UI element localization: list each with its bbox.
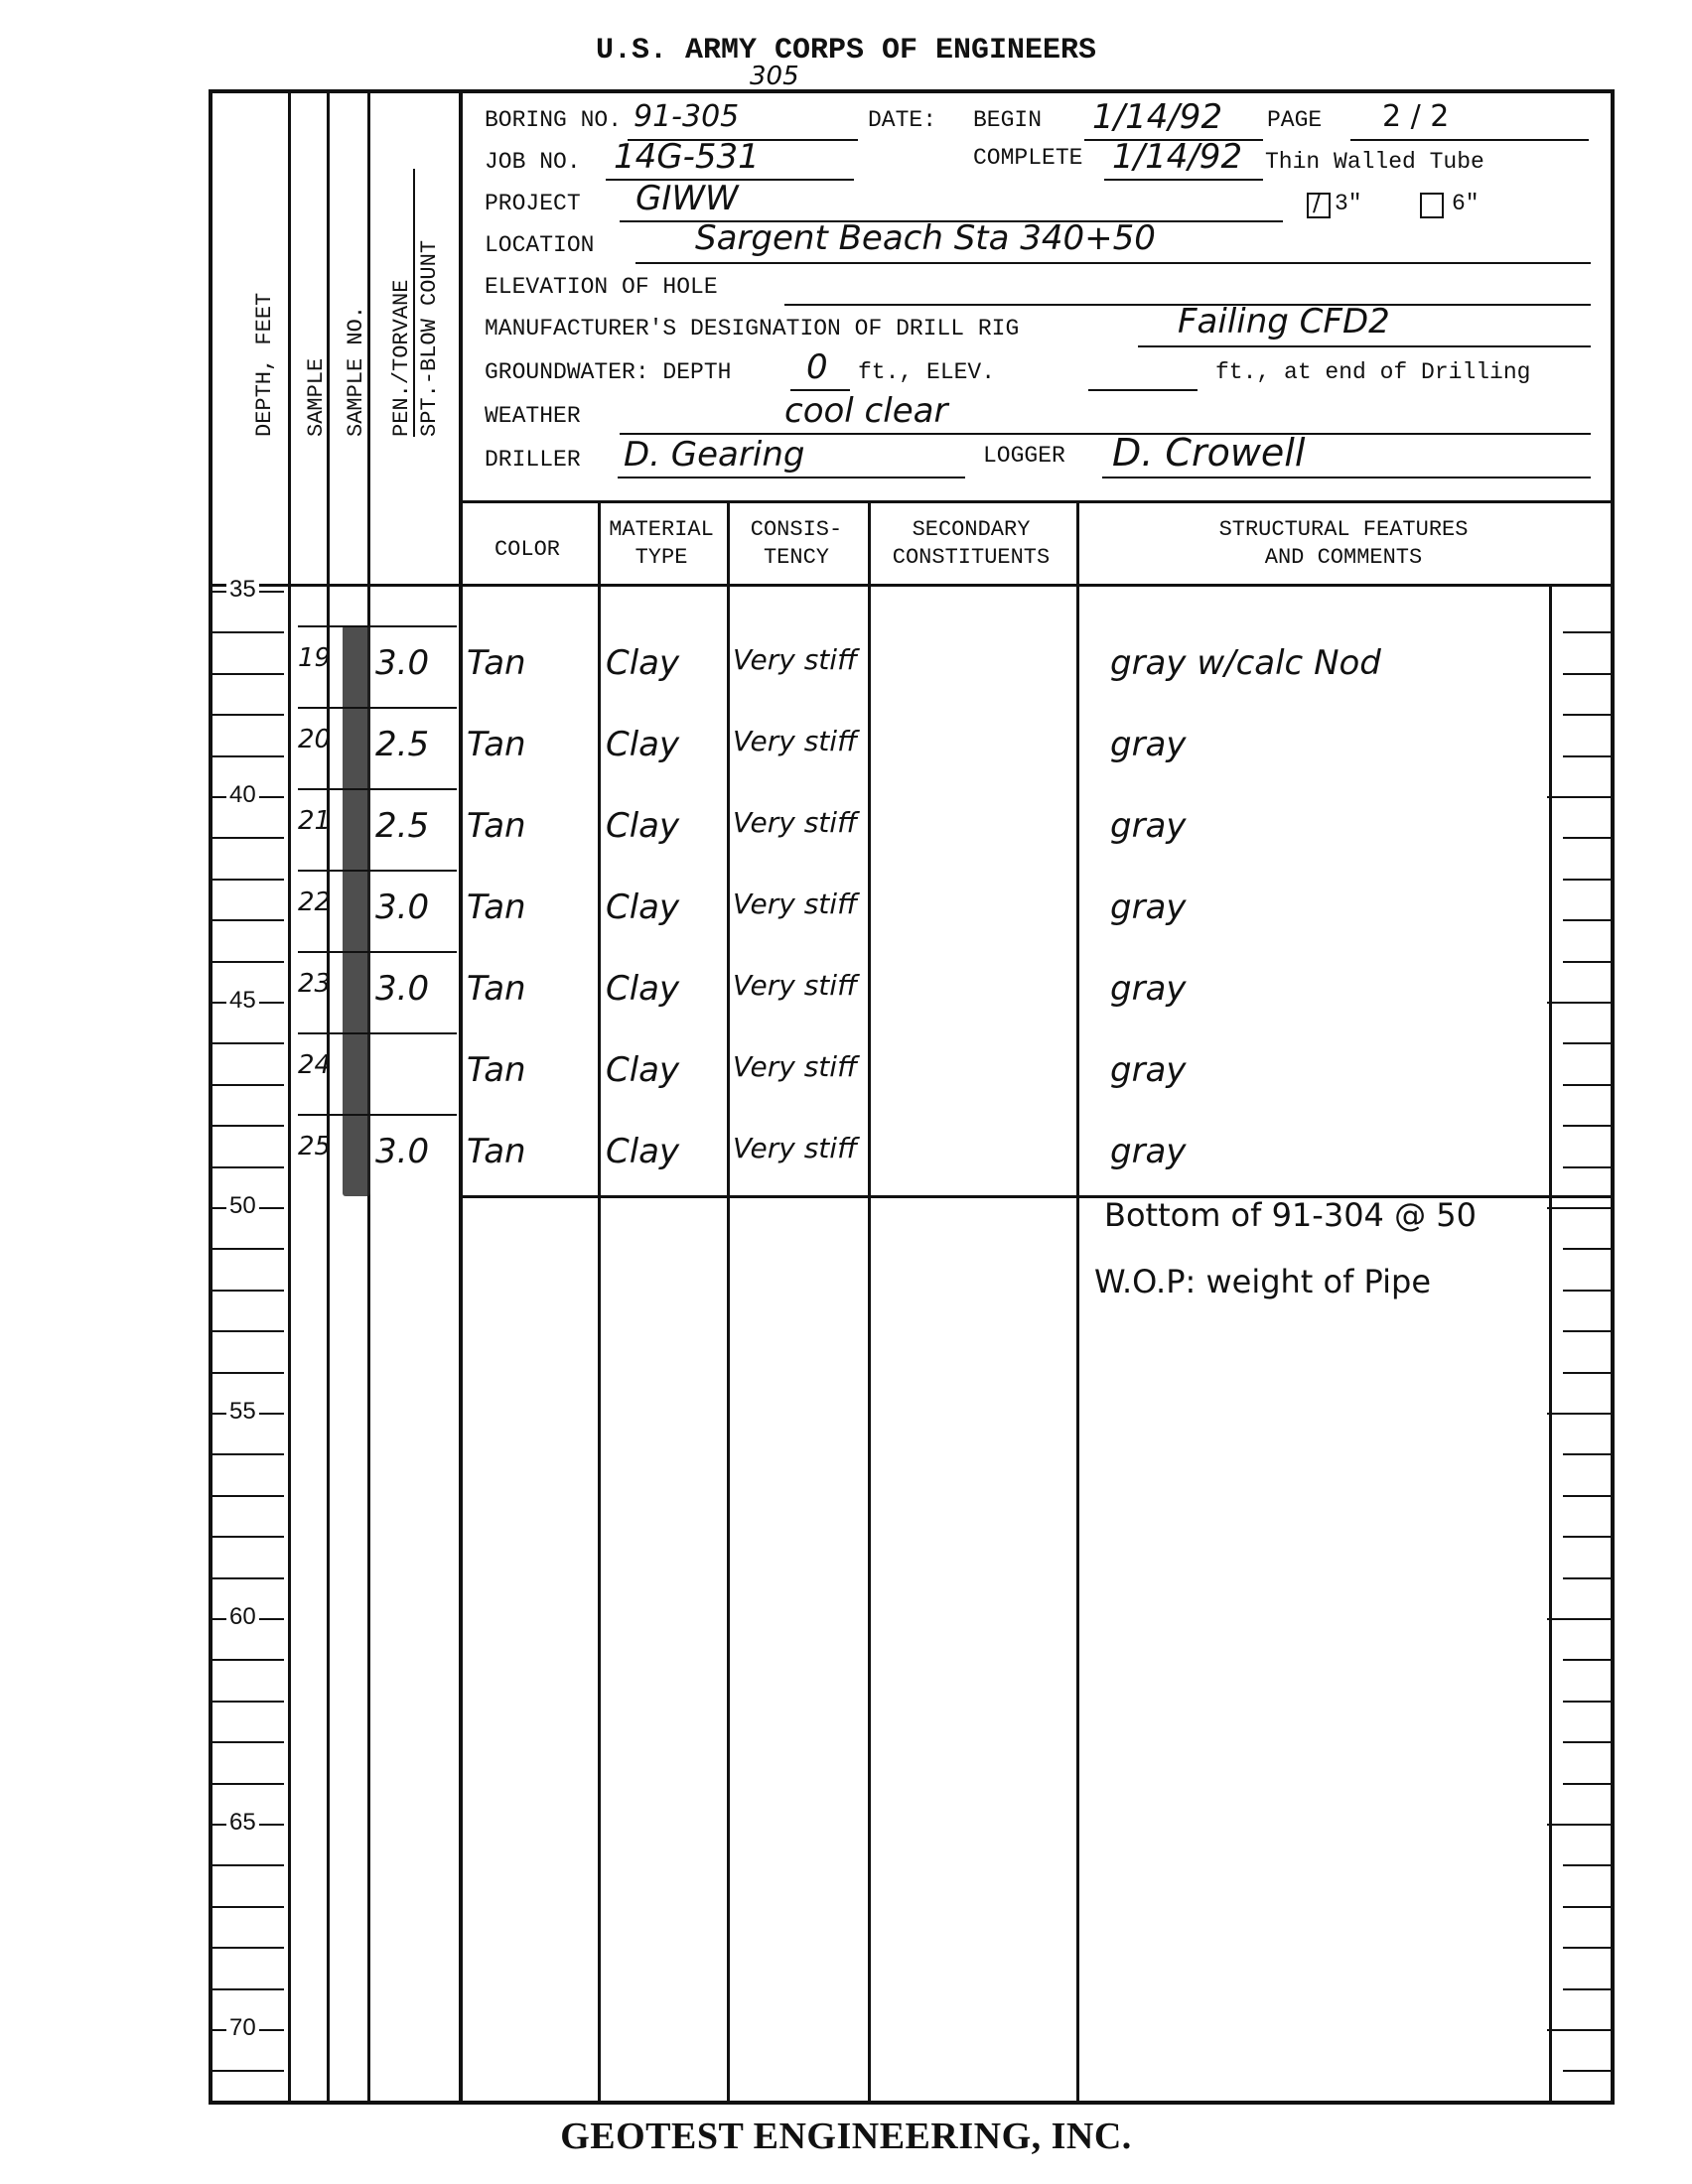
consistency-value: Very stiff	[733, 725, 857, 757]
page-value: 2 / 2	[1382, 99, 1449, 134]
depth-label: 40	[226, 781, 259, 809]
complete-underline	[1104, 179, 1263, 181]
right-ruler-tick	[1563, 1372, 1611, 1374]
sample-interval-line	[298, 1114, 457, 1116]
sample-number: 24	[298, 1050, 331, 1080]
depth-tick	[212, 1453, 284, 1455]
col-divider	[288, 93, 291, 2101]
depth-tick	[212, 837, 284, 839]
right-ruler-tick	[1563, 1166, 1611, 1168]
column-header-sample-no: SAMPLE NO.	[344, 306, 368, 437]
depth-label: 65	[226, 1809, 259, 1837]
material-type-value: Clay	[606, 969, 679, 1009]
material-type-line-1: MATERIAL	[597, 516, 726, 544]
material-type-value: Clay	[606, 725, 679, 764]
consistency-value: Very stiff	[733, 1132, 857, 1164]
depth-tick	[212, 1947, 284, 1949]
driller-underline	[618, 477, 965, 478]
pen-torvane-value: 3.0	[375, 643, 429, 683]
page-label: PAGE	[1267, 107, 1322, 133]
sample-interval-line	[298, 625, 457, 627]
depth-tick	[212, 1042, 284, 1044]
depth-tick	[212, 755, 284, 757]
structural-comment: gray	[1110, 725, 1187, 764]
col-divider	[868, 500, 871, 2101]
depth-tick	[212, 1783, 284, 1785]
right-ruler-tick	[1563, 1248, 1611, 1250]
column-header-consistency: CONSIS- TENCY	[726, 516, 867, 572]
right-ruler-tick	[1547, 1413, 1611, 1415]
weather-value[interactable]: cool clear	[784, 391, 947, 431]
color-value: Tan	[467, 725, 526, 764]
driller-value[interactable]: D. Gearing	[624, 435, 804, 475]
pen-torvane-value: 3.0	[375, 887, 429, 927]
pen-torvane-value: 2.5	[375, 725, 429, 764]
job-no-value[interactable]: 14G-531	[614, 137, 760, 177]
secondary-line-2: CONSTITUENTS	[867, 544, 1075, 572]
col-divider	[459, 93, 463, 2101]
column-header-depth: DEPTH, FEET	[252, 293, 277, 437]
right-ruler-tick	[1547, 1002, 1611, 1004]
groundwater-elev-underline	[1088, 389, 1198, 391]
right-ruler-tick	[1563, 2070, 1611, 2072]
driller-label: DRILLER	[485, 447, 581, 473]
structural-comment: gray	[1110, 969, 1187, 1009]
company-footer: GEOTEST ENGINEERING, INC.	[0, 2115, 1692, 2158]
pen-torvane-value: 3.0	[375, 1132, 429, 1171]
right-ruler-tick	[1563, 1741, 1611, 1743]
groundwater-label: GROUNDWATER: DEPTH	[485, 359, 731, 385]
structural-comment: gray w/calc Nod	[1110, 643, 1381, 683]
depth-label: 60	[226, 1603, 259, 1631]
column-header-spt-blow-count: SPT.-BLOW COUNT	[417, 240, 442, 437]
col-divider	[727, 500, 730, 2101]
consistency-value: Very stiff	[733, 887, 857, 920]
right-ruler-tick	[1563, 1125, 1611, 1127]
consistency-line-2: TENCY	[726, 544, 867, 572]
note-wop: W.O.P: weight of Pipe	[1094, 1263, 1431, 1300]
depth-tick	[212, 919, 284, 921]
right-ruler-tick	[1563, 1495, 1611, 1497]
sample-number: 23	[298, 969, 331, 999]
material-type-value: Clay	[606, 1050, 679, 1090]
pen-torvane-value: 2.5	[375, 806, 429, 846]
column-header-secondary: SECONDARY CONSTITUENTS	[867, 516, 1075, 572]
tube-6in-label: 6"	[1452, 191, 1480, 216]
drill-rig-label: MANUFACTURER'S DESIGNATION OF DRILL RIG	[485, 316, 1019, 341]
consistency-value: Very stiff	[733, 806, 857, 839]
material-type-value: Clay	[606, 887, 679, 927]
right-ruler-tick	[1547, 796, 1611, 798]
depth-tick	[212, 1330, 284, 1332]
depth-label: 45	[226, 987, 259, 1015]
project-value[interactable]: GIWW	[635, 179, 739, 218]
depth-tick	[212, 1495, 284, 1497]
drill-rig-value[interactable]: Failing CFD2	[1178, 302, 1390, 341]
depth-tick	[212, 1864, 284, 1866]
structural-comment: gray	[1110, 887, 1187, 927]
right-ruler-tick	[1547, 1618, 1611, 1620]
depth-tick	[212, 1084, 284, 1086]
structural-comment: gray	[1110, 1132, 1187, 1171]
right-ruler-tick	[1563, 714, 1611, 716]
right-ruler-tick	[1563, 1084, 1611, 1086]
tube-3in-checkbox[interactable]: /	[1307, 193, 1331, 218]
sample-interval-line	[298, 951, 457, 953]
structural-comment: gray	[1110, 1050, 1187, 1090]
depth-tick	[212, 1988, 284, 1990]
sample-interval-line	[298, 870, 457, 872]
depth-tick	[212, 714, 284, 716]
structural-comment: gray	[1110, 806, 1187, 846]
logger-label: LOGGER	[983, 443, 1065, 469]
right-ruler-tick	[1547, 1207, 1611, 1209]
right-ruler-tick	[1563, 1906, 1611, 1908]
depth-tick	[212, 1248, 284, 1250]
begin-date-value[interactable]: 1/14/92	[1092, 97, 1222, 137]
column-header-color: COLOR	[458, 536, 597, 564]
location-label: LOCATION	[485, 232, 594, 258]
complete-label: COMPLETE	[973, 145, 1082, 171]
complete-date-value[interactable]: 1/14/92	[1112, 137, 1242, 177]
sample-number: 25	[298, 1132, 331, 1161]
page-underline	[1350, 139, 1589, 141]
right-ruler-tick	[1563, 1864, 1611, 1866]
right-ruler-tick	[1563, 1988, 1611, 1990]
depth-tick	[212, 1166, 284, 1168]
depth-tick	[212, 1125, 284, 1127]
right-ruler-tick	[1563, 673, 1611, 675]
depth-label: 35	[226, 576, 259, 604]
depth-tick	[212, 1372, 284, 1374]
right-ruler-tick	[1563, 1577, 1611, 1579]
column-header-divider	[212, 584, 1611, 587]
checkmark-icon: /	[1313, 189, 1321, 216]
right-ruler-tick	[1563, 1659, 1611, 1661]
depth-tick	[212, 1701, 284, 1703]
material-type-value: Clay	[606, 806, 679, 846]
header-divider	[459, 500, 1611, 503]
right-ruler-tick	[1547, 2029, 1611, 2031]
sample-interval-line	[298, 707, 457, 709]
consistency-line-1: CONSIS-	[726, 516, 867, 544]
right-ruler-tick	[1563, 1783, 1611, 1785]
depth-tick	[212, 1906, 284, 1908]
right-ruler-tick	[1563, 1042, 1611, 1044]
weather-label: WEATHER	[485, 403, 581, 429]
logger-underline	[1102, 477, 1591, 478]
col-divider	[598, 500, 601, 2101]
color-value: Tan	[467, 1050, 526, 1090]
color-value: Tan	[467, 969, 526, 1009]
location-underline	[635, 262, 1591, 264]
tube-3in-label: 3"	[1335, 191, 1362, 216]
right-ruler-tick	[1563, 1330, 1611, 1332]
depth-tick	[212, 879, 284, 881]
sample-number: 21	[298, 806, 331, 836]
right-ruler-tick	[1563, 879, 1611, 881]
depth-tick	[212, 1659, 284, 1661]
sample-number: 20	[298, 725, 331, 754]
tube-6in-checkbox[interactable]	[1420, 193, 1444, 218]
project-label: PROJECT	[485, 191, 581, 216]
consistency-value: Very stiff	[733, 643, 857, 676]
sample-interval-line	[298, 1032, 457, 1034]
color-value: Tan	[467, 887, 526, 927]
secondary-line-1: SECONDARY	[867, 516, 1075, 544]
col-divider	[1076, 500, 1079, 2101]
material-type-value: Clay	[606, 1132, 679, 1171]
groundwater-depth-value[interactable]: 0	[806, 347, 828, 387]
drill-rig-underline	[1138, 345, 1591, 347]
depth-label: 50	[226, 1192, 259, 1220]
sample-number: 19	[298, 643, 331, 673]
boring-no-note: 305	[750, 62, 799, 91]
column-header-structural: STRUCTURAL FEATURES AND COMMENTS	[1075, 516, 1612, 572]
depth-tick	[212, 1536, 284, 1538]
column-header-pen-torvane: PEN./TORVANE	[389, 280, 414, 437]
boring-no-label: BORING NO.	[485, 107, 622, 133]
depth-tick	[212, 673, 284, 675]
column-header-sample: SAMPLE	[304, 358, 329, 437]
right-ruler-tick	[1563, 837, 1611, 839]
col-divider	[1549, 584, 1552, 2101]
logger-value[interactable]: D. Crowell	[1112, 431, 1305, 475]
right-ruler-tick	[1563, 1290, 1611, 1292]
right-ruler-tick	[1563, 631, 1611, 633]
right-ruler-tick	[1563, 1536, 1611, 1538]
color-value: Tan	[467, 1132, 526, 1171]
right-ruler-tick	[1563, 1453, 1611, 1455]
depth-tick	[212, 1577, 284, 1579]
right-ruler-tick	[1563, 919, 1611, 921]
note-bottom-of-boring: Bottom of 91-304 @ 50	[1104, 1196, 1477, 1234]
agency-title: U.S. ARMY CORPS OF ENGINEERS	[0, 34, 1692, 68]
date-label: DATE:	[868, 107, 936, 133]
elevation-label: ELEVATION OF HOLE	[485, 274, 718, 300]
pen-torvane-value: 3.0	[375, 969, 429, 1009]
right-ruler-tick	[1563, 961, 1611, 963]
structural-line-1: STRUCTURAL FEATURES	[1075, 516, 1612, 544]
depth-tick	[212, 961, 284, 963]
sample-number: 22	[298, 887, 331, 917]
begin-label: BEGIN	[973, 107, 1042, 133]
boring-no-value[interactable]: 91-305	[634, 99, 739, 134]
sample-interval-line	[298, 788, 457, 790]
sample-core-bar	[343, 625, 370, 1196]
right-ruler-tick	[1563, 755, 1611, 757]
consistency-value: Very stiff	[733, 969, 857, 1002]
depth-tick	[212, 1741, 284, 1743]
color-value: Tan	[467, 643, 526, 683]
depth-tick	[212, 2070, 284, 2072]
thin-walled-tube-label: Thin Walled Tube	[1265, 149, 1484, 175]
depth-tick	[212, 631, 284, 633]
right-ruler-tick	[1547, 1824, 1611, 1826]
material-type-line-2: TYPE	[597, 544, 726, 572]
right-ruler-tick	[1563, 1701, 1611, 1703]
ft-elev-label: ft., ELEV.	[858, 359, 995, 385]
fraction-bar	[413, 169, 415, 437]
end-of-drilling-label: ft., at end of Drilling	[1215, 359, 1530, 385]
depth-label: 70	[226, 2014, 259, 2042]
structural-line-2: AND COMMENTS	[1075, 544, 1612, 572]
depth-label: 55	[226, 1398, 259, 1426]
color-value: Tan	[467, 806, 526, 846]
depth-tick	[212, 1290, 284, 1292]
right-ruler-tick	[1563, 1947, 1611, 1949]
consistency-value: Very stiff	[733, 1050, 857, 1083]
location-value[interactable]: Sargent Beach Sta 340+50	[695, 218, 1156, 258]
job-no-label: JOB NO.	[485, 149, 581, 175]
material-type-value: Clay	[606, 643, 679, 683]
column-header-material-type: MATERIAL TYPE	[597, 516, 726, 572]
